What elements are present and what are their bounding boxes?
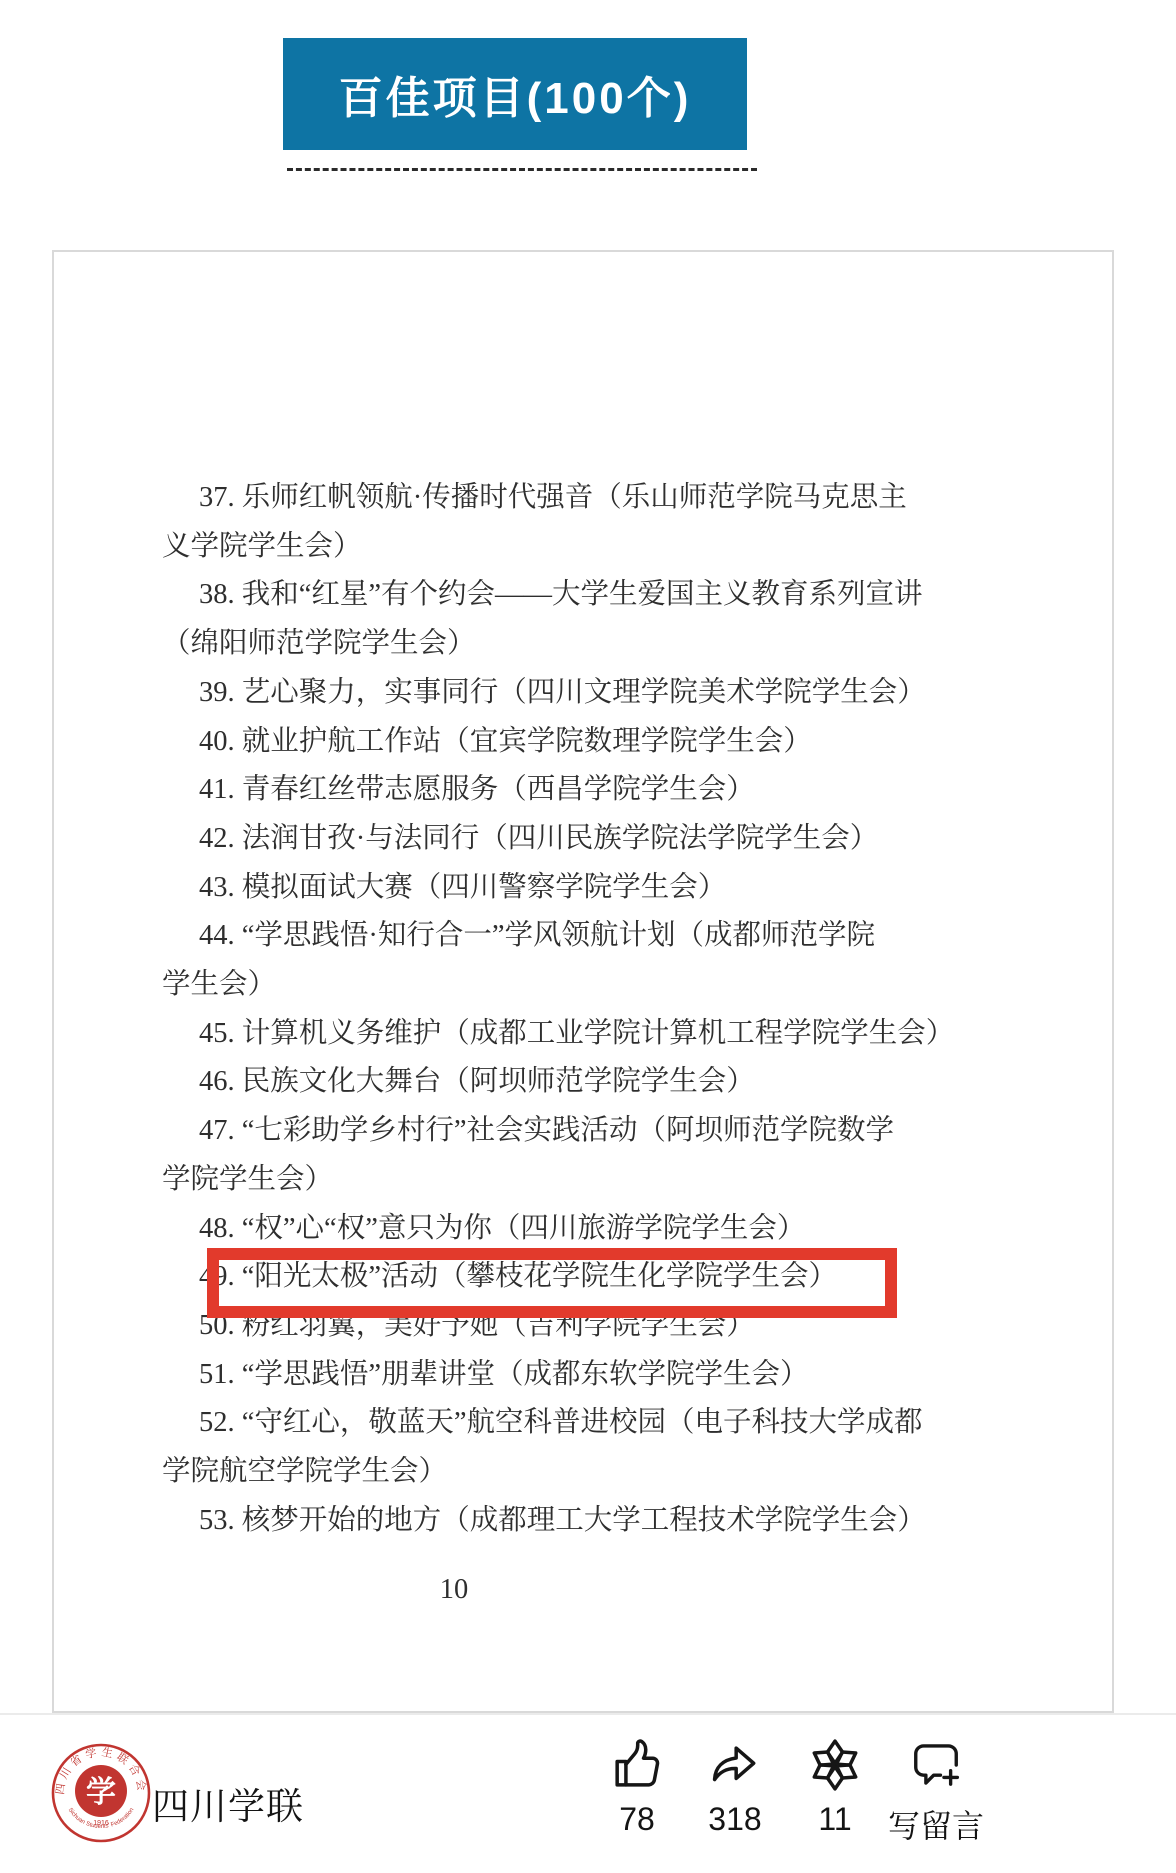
section-banner: 百佳项目(100个) bbox=[283, 38, 747, 150]
doc-line: 52. “守红心，敬蓝天”航空科普进校园（电子科技大学成都 bbox=[199, 1403, 923, 1443]
comment-button[interactable]: 写留言 bbox=[866, 1736, 1006, 1847]
doc-line: 37. 乐师红帆领航·传播时代强音（乐山师范学院马克思主 bbox=[199, 478, 907, 518]
dashed-divider bbox=[287, 168, 757, 171]
doc-line: 47. “七彩助学乡村行”社会实践活动（阿坝师范学院数学 bbox=[199, 1111, 894, 1151]
doc-line: 45. 计算机义务维护（成都工业学院计算机工程学院学生会） bbox=[199, 1014, 954, 1054]
share-arrow-icon bbox=[707, 1736, 763, 1794]
section-title: 百佳项目(100个) bbox=[339, 62, 692, 126]
footer-divider bbox=[0, 1713, 1176, 1715]
wow-flower-icon bbox=[807, 1736, 863, 1794]
doc-line: 44. “学思践悟·知行合一”学风领航计划（成都师范学院 bbox=[199, 916, 875, 956]
doc-line: 38. 我和“红星”有个约会——大学生爱国主义教育系列宣讲 bbox=[199, 575, 923, 615]
doc-line: 40. 就业护航工作站（宜宾学院数理学院学生会） bbox=[199, 722, 812, 762]
doc-line: 41. 青春红丝带志愿服务（西昌学院学生会） bbox=[199, 770, 755, 810]
doc-line: 48. “权”心“权”意只为你（四川旅游学院学生会） bbox=[199, 1209, 805, 1249]
doc-line: （绵阳师范学院学生会） bbox=[162, 624, 476, 664]
doc-line: 51. “学思践悟”朋辈讲堂（成都东软学院学生会） bbox=[199, 1355, 809, 1395]
highlight-box bbox=[207, 1248, 897, 1318]
doc-line: 学院学生会） bbox=[162, 1160, 333, 1200]
doc-line: 义学院学生会） bbox=[162, 527, 362, 567]
comment-label: 写留言 bbox=[866, 1801, 1006, 1847]
logo-year: 1916 bbox=[93, 1820, 109, 1827]
logo-center-char: 学 bbox=[86, 1776, 116, 1809]
document-page: 37. 乐师红帆领航·传播时代强音（乐山师范学院马克思主义学院学生会）38. 我… bbox=[52, 250, 1114, 1713]
account-name[interactable]: 四川学联 bbox=[152, 1776, 304, 1830]
doc-line: 学院航空学院学生会） bbox=[162, 1452, 447, 1492]
account-logo[interactable]: 四川省学生联合会 Sichuan Students' Federation 学 … bbox=[50, 1742, 152, 1844]
page-number: 10 bbox=[384, 1574, 524, 1606]
comment-plus-icon bbox=[909, 1736, 963, 1794]
doc-line: 39. 艺心聚力，实事同行（四川文理学院美术学院学生会） bbox=[199, 673, 926, 713]
doc-line: 53. 核梦开始的地方（成都理工大学工程技术学院学生会） bbox=[199, 1501, 926, 1541]
doc-line: 学生会） bbox=[162, 965, 276, 1005]
doc-line: 42. 法润甘孜·与法同行（四川民族学院法学院学生会） bbox=[199, 819, 878, 859]
thumbs-up-icon bbox=[609, 1736, 665, 1794]
doc-line: 46. 民族文化大舞台（阿坝师范学院学生会） bbox=[199, 1062, 755, 1102]
doc-line: 43. 模拟面试大赛（四川警察学院学生会） bbox=[199, 868, 726, 908]
